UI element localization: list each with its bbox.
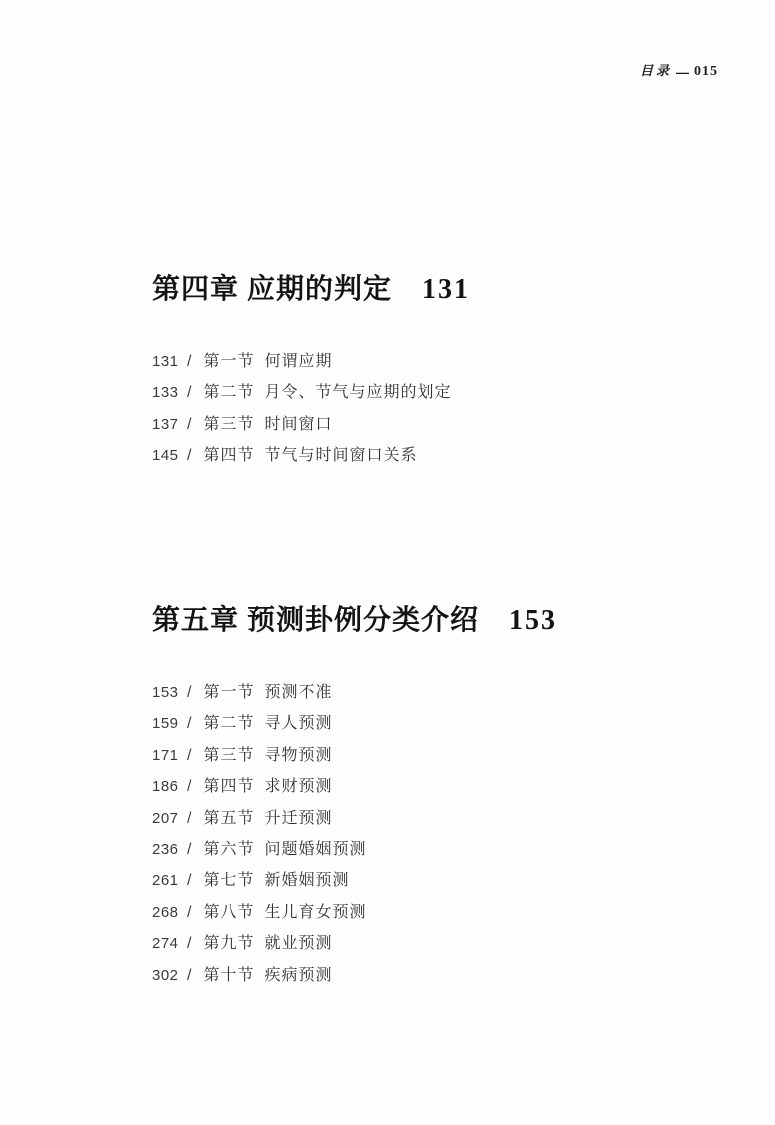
entry-section-title: 寻物预测 [264,747,332,764]
toc-entry: 274/第九节就业预测 [152,928,557,959]
chapter-5-block: 第五章 预测卦例分类介绍153 153/第一节预测不准 159/第二节寻人预测 … [152,603,557,991]
toc-entry: 145/第四节节气与时间窗口关系 [152,440,470,471]
entry-page-number: 145 [152,440,185,471]
chapter-4-heading: 第四章 应期的判定131 [152,272,470,308]
entry-separator: / [187,409,191,440]
header-dash: — [676,65,688,80]
entry-page-number: 137 [152,409,185,440]
entry-section-label: 第二节 [203,384,254,401]
entry-section-label: 第六节 [203,841,254,858]
entry-separator: / [187,928,191,959]
entry-section-title: 预测不准 [264,684,332,701]
running-header: 目录—015 [640,60,718,80]
entry-separator: / [187,440,191,471]
entry-section-title: 生儿育女预测 [264,904,366,921]
entry-section-title: 新婚姻预测 [264,872,349,889]
entry-page-number: 274 [152,928,185,959]
chapter-5-page-number: 153 [509,605,557,636]
chapter-4-block: 第四章 应期的判定131 131/第一节何谓应期 133/第二节月令、节气与应期… [152,272,470,472]
entry-page-number: 268 [152,897,185,928]
entry-section-label: 第七节 [203,872,254,889]
entry-page-number: 159 [152,708,185,739]
toc-entry: 268/第八节生儿育女预测 [152,897,557,928]
entry-separator: / [187,834,191,865]
entry-page-number: 186 [152,771,185,802]
toc-entry: 131/第一节何谓应期 [152,346,470,377]
chapter-5-toc-list: 153/第一节预测不准 159/第二节寻人预测 171/第三节寻物预测 186/… [152,677,557,991]
entry-section-title: 月令、节气与应期的划定 [264,384,451,401]
header-toc-label: 目录 [640,63,672,78]
entry-page-number: 133 [152,377,185,408]
toc-entry: 207/第五节升迁预测 [152,803,557,834]
toc-entry: 302/第十节疾病预测 [152,960,557,991]
entry-section-title: 就业预测 [264,935,332,952]
chapter-5-title: 第五章 预测卦例分类介绍 [152,605,479,636]
entry-section-label: 第四节 [203,778,254,795]
entry-section-title: 节气与时间窗口关系 [264,447,417,464]
entry-section-title: 问题婚姻预测 [264,841,366,858]
entry-section-label: 第二节 [203,715,254,732]
entry-separator: / [187,960,191,991]
entry-section-label: 第十节 [203,967,254,984]
entry-section-title: 升迁预测 [264,810,332,827]
header-page-number: 015 [694,64,718,79]
toc-entry: 159/第二节寻人预测 [152,708,557,739]
entry-section-label: 第三节 [203,416,254,433]
entry-page-number: 236 [152,834,185,865]
entry-page-number: 153 [152,677,185,708]
entry-section-title: 何谓应期 [264,353,332,370]
toc-entry: 236/第六节问题婚姻预测 [152,834,557,865]
entry-section-title: 求财预测 [264,778,332,795]
entry-section-title: 疾病预测 [264,967,332,984]
entry-separator: / [187,865,191,896]
entry-page-number: 207 [152,803,185,834]
entry-section-label: 第八节 [203,904,254,921]
toc-entry: 186/第四节求财预测 [152,771,557,802]
toc-entry: 171/第三节寻物预测 [152,740,557,771]
entry-section-label: 第一节 [203,353,254,370]
entry-page-number: 261 [152,865,185,896]
entry-page-number: 302 [152,960,185,991]
toc-entry: 261/第七节新婚姻预测 [152,865,557,896]
entry-separator: / [187,771,191,802]
entry-section-label: 第五节 [203,810,254,827]
entry-separator: / [187,677,191,708]
entry-section-label: 第四节 [203,447,254,464]
toc-entry: 137/第三节时间窗口 [152,409,470,440]
entry-separator: / [187,377,191,408]
entry-separator: / [187,803,191,834]
entry-section-label: 第三节 [203,747,254,764]
entry-separator: / [187,740,191,771]
entry-section-label: 第九节 [203,935,254,952]
entry-page-number: 171 [152,740,185,771]
chapter-4-title: 第四章 应期的判定 [152,274,392,305]
chapter-4-page-number: 131 [422,274,470,305]
toc-entry: 133/第二节月令、节气与应期的划定 [152,377,470,408]
entry-section-title: 寻人预测 [264,715,332,732]
chapter-5-heading: 第五章 预测卦例分类介绍153 [152,603,557,639]
entry-separator: / [187,346,191,377]
entry-separator: / [187,708,191,739]
entry-separator: / [187,897,191,928]
entry-section-label: 第一节 [203,684,254,701]
entry-page-number: 131 [152,346,185,377]
chapter-4-toc-list: 131/第一节何谓应期 133/第二节月令、节气与应期的划定 137/第三节时间… [152,346,470,472]
entry-section-title: 时间窗口 [264,416,332,433]
toc-entry: 153/第一节预测不准 [152,677,557,708]
